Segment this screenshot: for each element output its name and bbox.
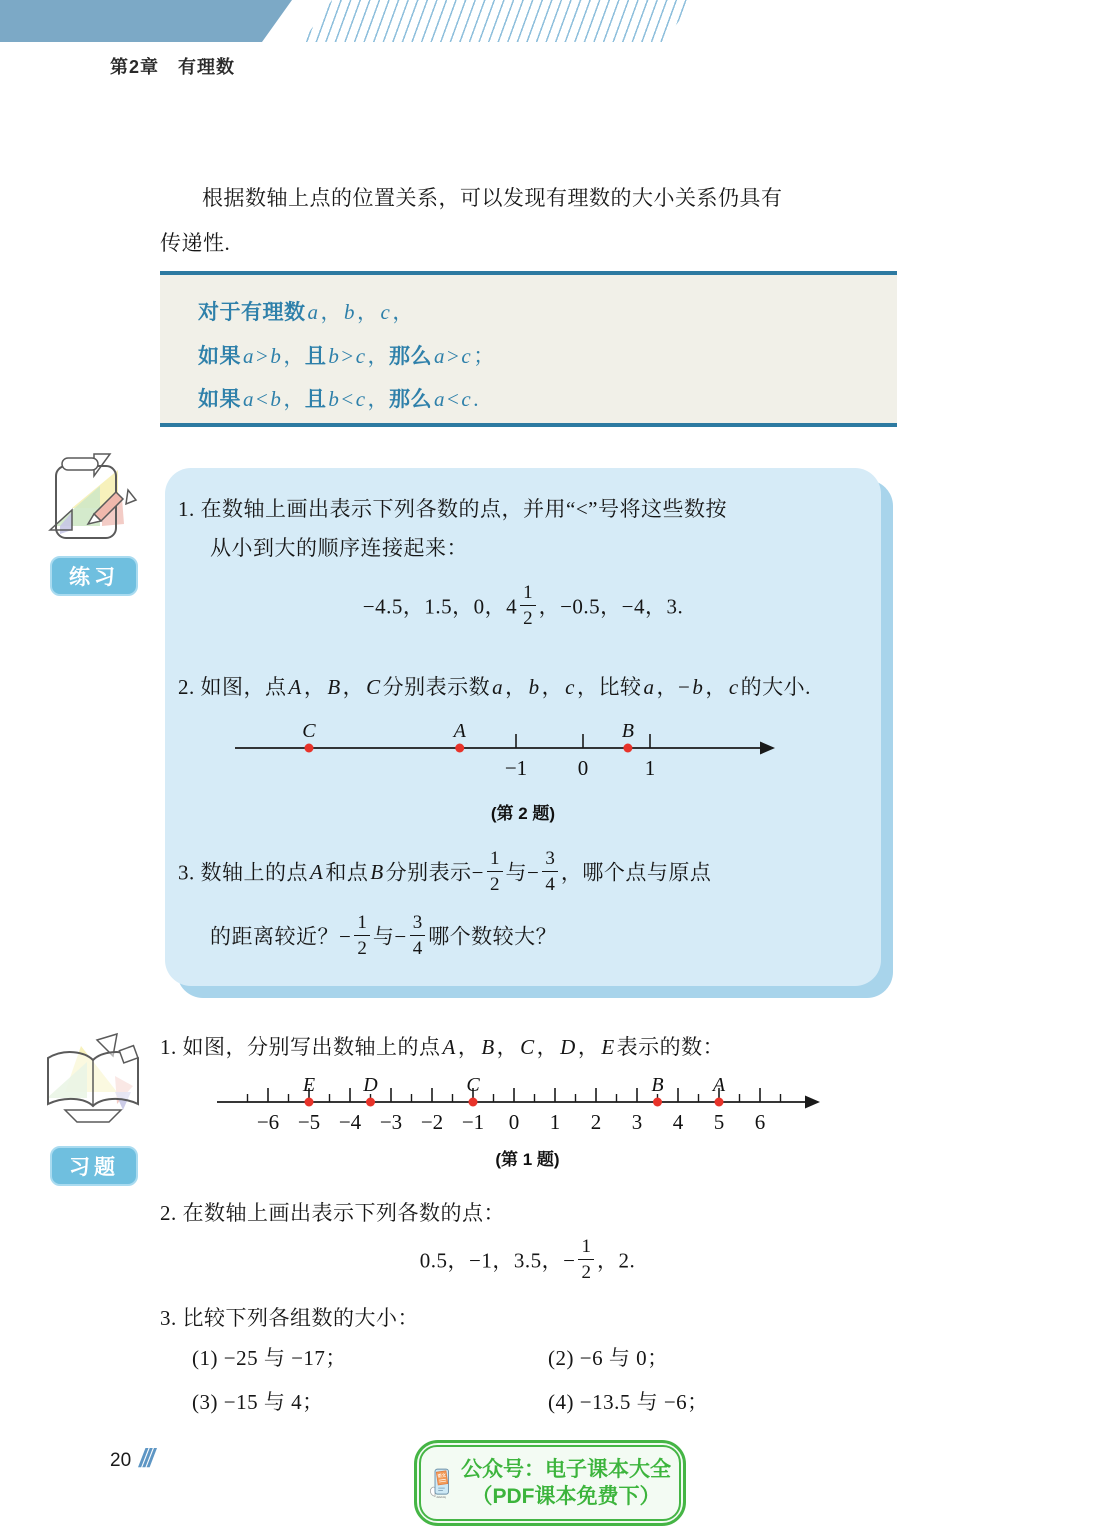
svg-text:−2: −2 bbox=[421, 1110, 443, 1134]
fraction: 12 bbox=[520, 583, 536, 628]
homework-problem1-line: 1. 如图，分别写出数轴上的点A，B，C，D，E表示的数： bbox=[160, 1031, 724, 1061]
practice-problem2-line: 2. 如图，点A，B，C分别表示数a，b，c，比较a，−b，c的大小. bbox=[178, 671, 811, 701]
svg-text:−1: −1 bbox=[462, 1110, 484, 1134]
homework-problem3-item2: (2) −6 与 0； bbox=[548, 1342, 669, 1372]
svg-text:A: A bbox=[452, 720, 467, 742]
practice-problem1-line2: 从小到大的顺序连接起来： bbox=[210, 532, 468, 562]
svg-text:1: 1 bbox=[645, 756, 656, 780]
practice-badge: 练习 bbox=[50, 556, 138, 596]
practice-problem1-line1: 1. 在数轴上画出表示下列各数的点，并用“<”号将这些数按 bbox=[178, 493, 727, 523]
svg-text:C: C bbox=[302, 720, 316, 742]
textbook-page: 第2章 有理数 根据数轴上点的位置关系，可以发现有理数的大小关系仍具有 传递性.… bbox=[0, 0, 1093, 1535]
svg-text:−3: −3 bbox=[380, 1110, 402, 1134]
svg-text:−5: −5 bbox=[298, 1110, 320, 1134]
numberline-svg: −6−5−4−3−2−10123456EDCBA bbox=[215, 1072, 840, 1144]
svg-text:−1: −1 bbox=[505, 756, 527, 780]
promo-icon-caption: dzkbdq bbox=[436, 1495, 446, 1499]
svg-text:C: C bbox=[466, 1074, 480, 1096]
figure-caption-problem2: (第 2 题) bbox=[165, 799, 881, 824]
svg-text:1: 1 bbox=[550, 1110, 561, 1134]
practice-problem3-line1: 3. 数轴上的点A和点B分别表示−12与−34，哪个点与原点 bbox=[178, 852, 711, 897]
svg-text:2: 2 bbox=[591, 1110, 602, 1134]
notebook-pencil-icon bbox=[42, 450, 144, 552]
homework-badge: 习题 bbox=[50, 1146, 138, 1186]
svg-text:0: 0 bbox=[509, 1110, 520, 1134]
fraction: 34 bbox=[410, 913, 426, 958]
fraction: 12 bbox=[354, 913, 370, 958]
fraction: 34 bbox=[542, 849, 558, 894]
numberline-figure-problem2: −101CAB bbox=[225, 710, 805, 797]
practice-problem3-line2: 的距离较近？−12与−34哪个数较大？ bbox=[210, 916, 557, 961]
svg-text:4: 4 bbox=[673, 1110, 684, 1134]
header-stripes-decoration bbox=[302, 0, 694, 42]
homework-problem2-numbers: 0.5，−1，3.5，−12，2. bbox=[160, 1240, 895, 1285]
promo-line-2: （PDF课本免费下） bbox=[461, 1483, 671, 1510]
svg-text:B: B bbox=[622, 720, 634, 742]
promo-badge: 语文 dzkbdq 公众号：电子课本大全 （PDF课本免费下） bbox=[414, 1440, 686, 1526]
svg-text:6: 6 bbox=[755, 1110, 766, 1134]
svg-text:0: 0 bbox=[578, 756, 589, 780]
open-book-icon bbox=[35, 1032, 153, 1138]
numberline-figure-problem1: −6−5−4−3−2−10123456EDCBA bbox=[215, 1072, 840, 1149]
svg-text:5: 5 bbox=[714, 1110, 725, 1134]
promo-text: 公众号：电子课本大全 （PDF课本免费下） bbox=[461, 1456, 671, 1511]
page-number: 20 bbox=[110, 1450, 131, 1472]
practice-problem1-numbers: −4.5，1.5，0，412，−0.5，−4，3. bbox=[165, 586, 881, 631]
rule-line-2: 如果a>b，且b>c，那么a>c； bbox=[198, 340, 495, 370]
svg-text:−6: −6 bbox=[257, 1110, 279, 1134]
chapter-title: 第2章 有理数 bbox=[110, 53, 235, 79]
homework-problem3-line: 3. 比较下列各组数的大小： bbox=[160, 1302, 419, 1332]
svg-text:E: E bbox=[302, 1074, 315, 1096]
promo-line-1: 公众号：电子课本大全 bbox=[461, 1456, 671, 1483]
svg-text:B: B bbox=[651, 1074, 663, 1096]
promo-badge-inner: 语文 dzkbdq 公众号：电子课本大全 （PDF课本免费下） bbox=[419, 1445, 681, 1521]
svg-text:−4: −4 bbox=[339, 1110, 362, 1134]
figure-caption-problem1: (第 1 题) bbox=[215, 1145, 840, 1170]
homework-problem3-item3: (3) −15 与 4； bbox=[192, 1386, 324, 1416]
phone-book-icon: 语文 dzkbdq bbox=[429, 1448, 454, 1518]
numberline-svg: −101CAB bbox=[225, 710, 805, 792]
rule-line-3: 如果a<b，且b<c，那么a<c. bbox=[198, 383, 479, 413]
rule-box: 对于有理数a，b，c， 如果a>b，且b>c，那么a>c； 如果a<b，且b<c… bbox=[160, 271, 897, 427]
rule-line-1: 对于有理数a，b，c， bbox=[198, 296, 414, 326]
header-band bbox=[0, 0, 292, 42]
homework-problem3-item1: (1) −25 与 −17； bbox=[192, 1342, 347, 1372]
svg-text:A: A bbox=[711, 1074, 726, 1096]
svg-text:3: 3 bbox=[632, 1110, 643, 1134]
intro-line-1: 根据数轴上点的位置关系，可以发现有理数的大小关系仍具有 bbox=[202, 182, 783, 212]
svg-text:D: D bbox=[362, 1074, 378, 1096]
intro-line-2: 传递性. bbox=[160, 227, 230, 257]
fraction: 12 bbox=[578, 1237, 594, 1282]
fraction: 12 bbox=[487, 849, 503, 894]
homework-problem2-line: 2. 在数轴上画出表示下列各数的点： bbox=[160, 1197, 505, 1227]
homework-problem3-item4: (4) −13.5 与 −6； bbox=[548, 1386, 709, 1416]
slashes-decoration: /// bbox=[139, 1443, 152, 1474]
